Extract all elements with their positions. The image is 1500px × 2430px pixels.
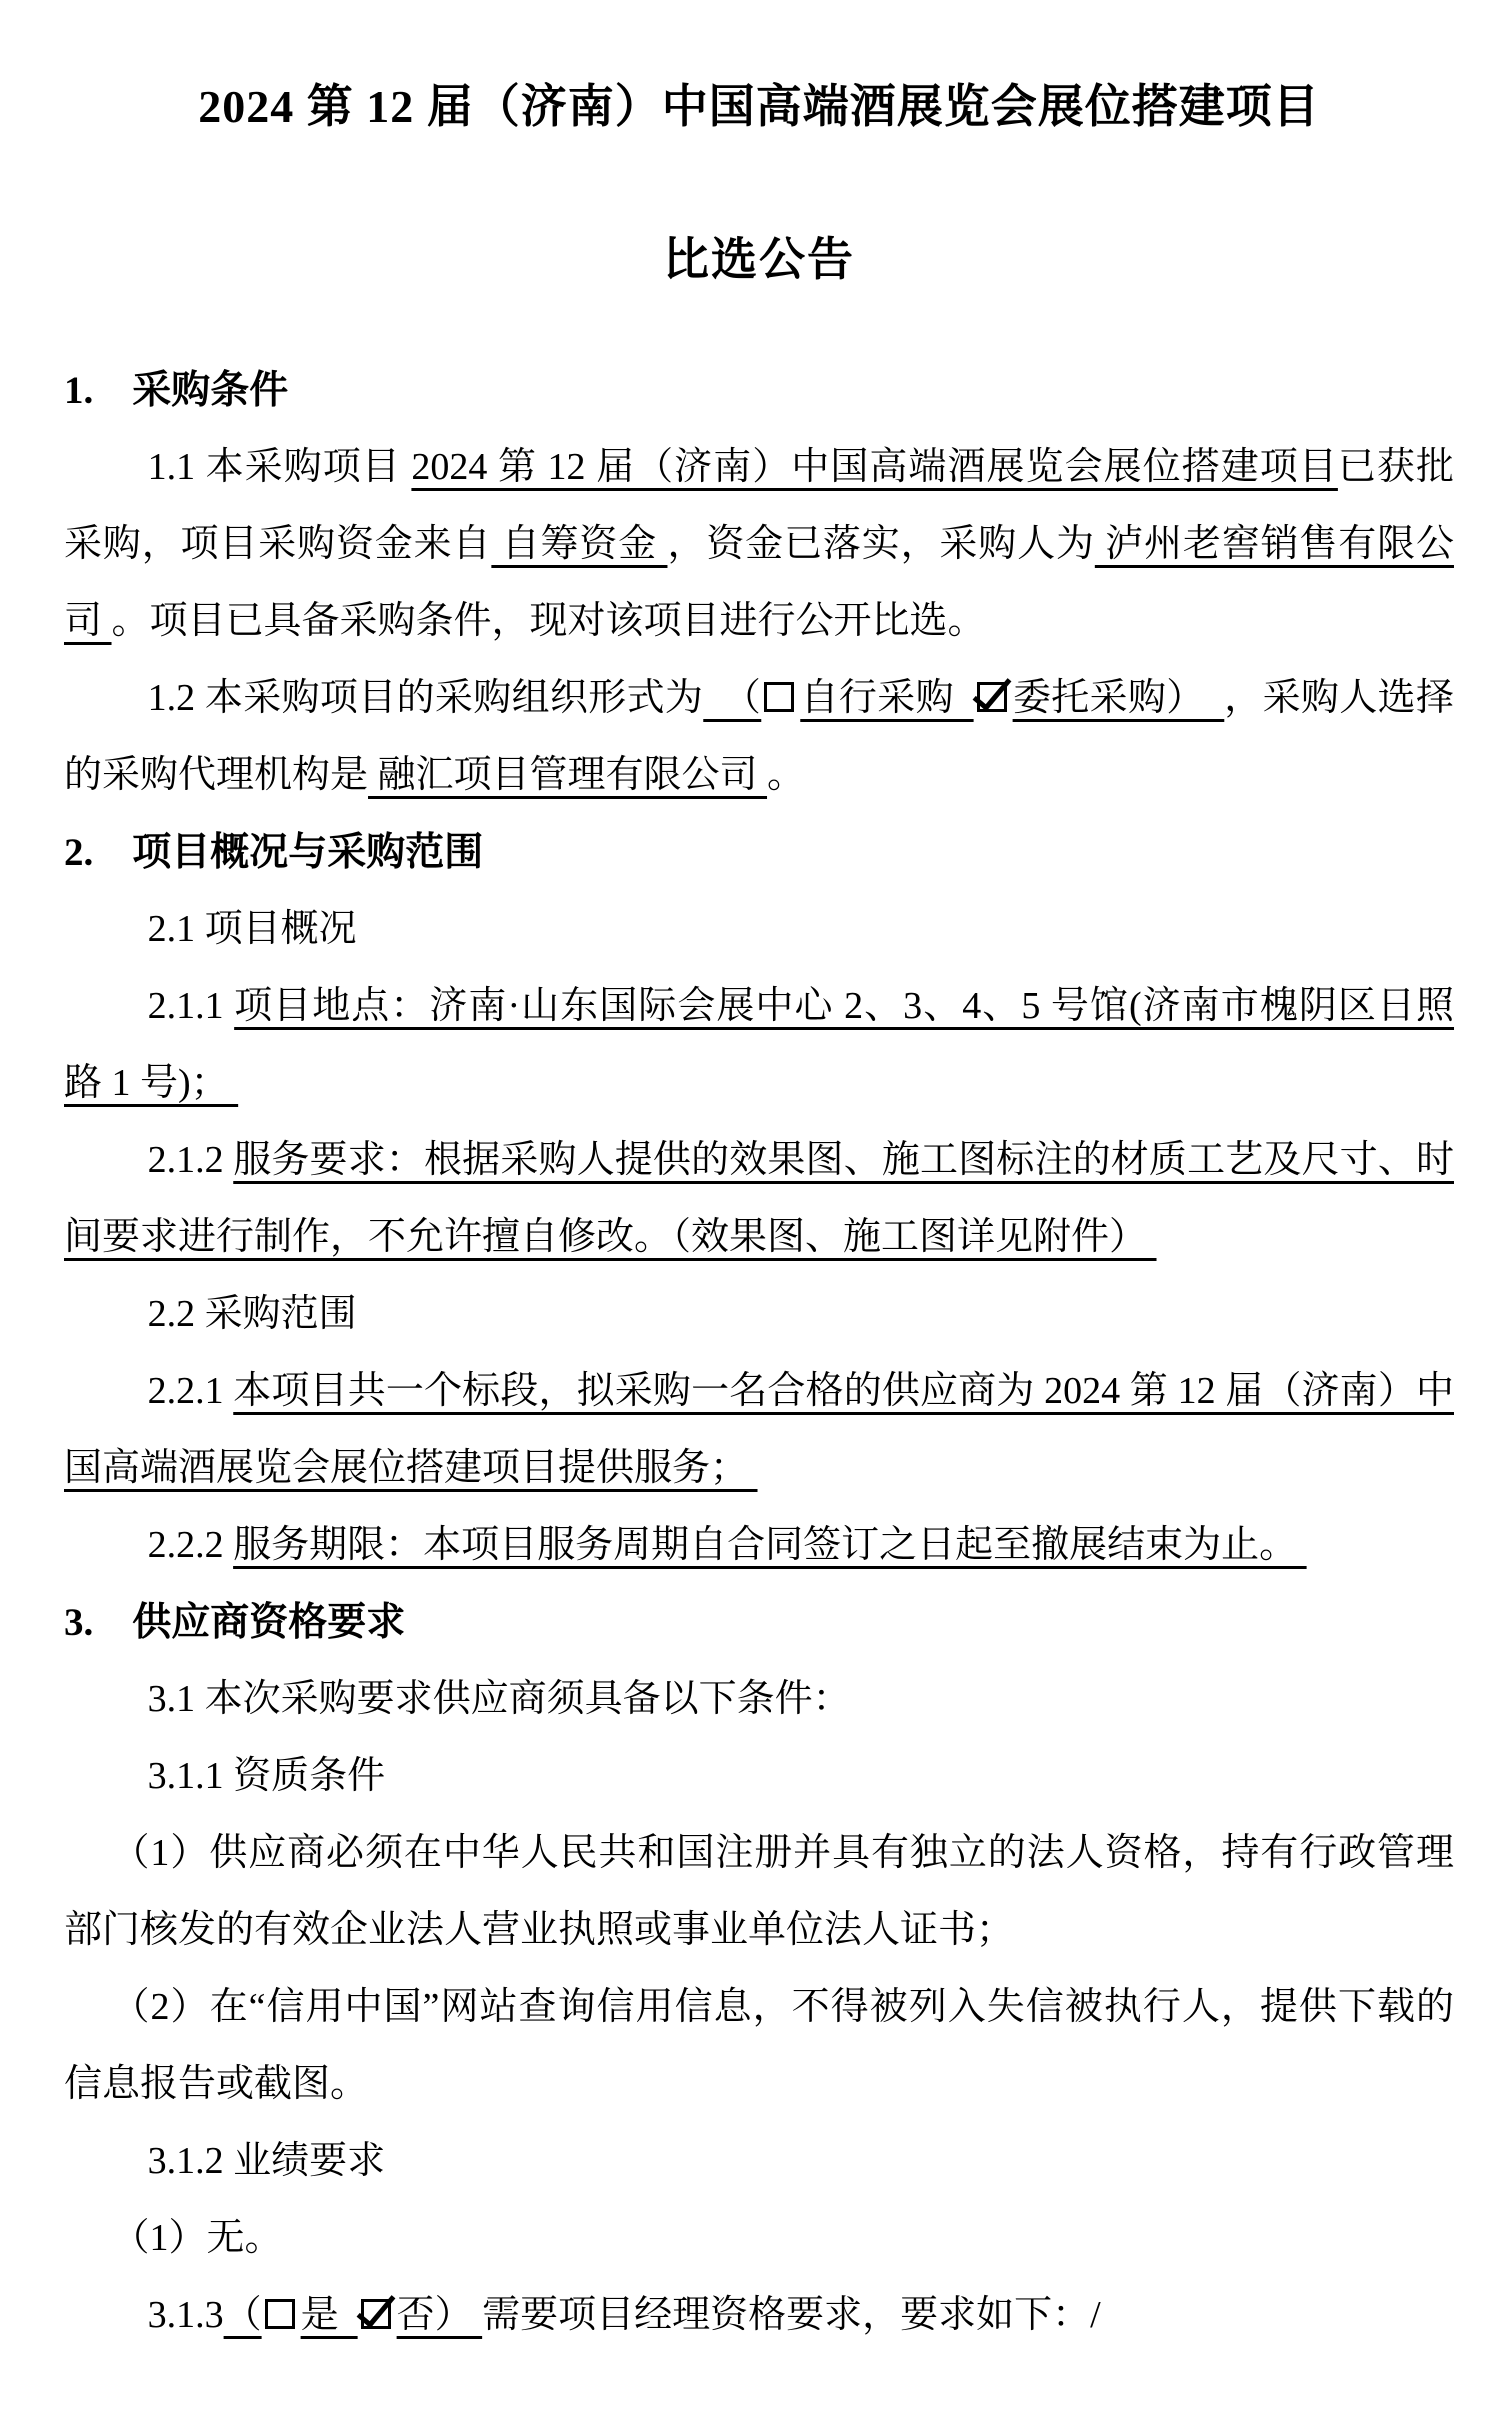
fill-in-underlined-text: 本项目共一个标段，拟采购一名合格的供应商为 2024 第 12 届（济南）中国高… [64,1370,1454,1489]
paragraph: （2）在“信用中国”网站查询信用信息，不得被列入失信被执行人，提供下载的信息报告… [64,1969,1454,2123]
paragraph: 1.1 本采购项目 2024 第 12 届（济南）中国高端酒展览会展位搭建项目已… [64,429,1454,660]
text-run: 1.1 本采购项目 [148,446,412,488]
paragraph: 3.1.3（是 否） 需要项目经理资格要求，要求如下：/ [64,2277,1454,2354]
paragraph: 2.1.1 项目地点：济南·山东国际会展中心 2、3、4、5 号馆(济南市槐阴区… [64,968,1454,1122]
text-run: 2.2 采购范围 [148,1293,357,1335]
text-run: 3.1 本次采购要求供应商须具备以下条件： [148,1678,851,1720]
fill-in-underlined-text: 自筹资金 [491,523,667,565]
paragraph: 2.2.2 服务期限：本项目服务周期自合同签订之日起至撤展结束为止。 [64,1507,1454,1584]
fill-in-underlined-text: 项目地点：济南·山东国际会展中心 2、3、4、5 号馆(济南市槐阴区日照路 1 … [64,985,1454,1104]
text-run: （2）在“信用中国”网站查询信用信息，不得被列入失信被执行人，提供下载的信息报告… [64,1986,1454,2105]
paragraph: 1.2 本采购项目的采购组织形式为 （自行采购 委托采购） ，采购人选择的采购代… [64,660,1454,814]
fill-in-underlined-text: 服务要求：根据采购人提供的效果图、施工图标注的材质工艺及尺寸、时间要求进行制作，… [64,1139,1454,1258]
text-run: 3.1.3 [148,2294,224,2336]
section-heading: 1. 采购条件 [64,352,1454,429]
text-run: 。项目已具备采购条件，现对该项目进行公开比选。 [112,600,986,642]
paragraph: （1）无。 [64,2200,1454,2277]
fill-in-underlined-text: 2024 第 12 届（济南）中国高端酒展览会展位搭建项目 [411,446,1337,488]
text-run: 2.2.2 [148,1524,234,1566]
page-subtitle: 比选公告 [64,233,1454,286]
fill-in-underlined-text: 服务期限：本项目服务周期自合同签订之日起至撤展结束为止。 [233,1524,1307,1566]
paragraph: （1）供应商必须在中华人民共和国注册并具有独立的法人资格，持有行政管理部门核发的… [64,1815,1454,1969]
section-heading: 2. 项目概况与采购范围 [64,814,1454,891]
fill-in-underlined-text: 自行采购 [800,677,973,719]
checkbox-checked-icon [361,2299,391,2329]
document-page: 2024 第 12 届（济南）中国高端酒展览会展位搭建项目 比选公告 1. 采购… [0,0,1500,2430]
fill-in-underlined-text [358,2294,397,2336]
checkbox-checked-icon [977,682,1007,712]
paragraph: 2.2 采购范围 [64,1276,1454,1353]
checkbox-unchecked-icon [764,682,794,712]
fill-in-underlined-text: （ [703,677,761,719]
section-heading: 3. 供应商资格要求 [64,1584,1454,1661]
text-run: （1）供应商必须在中华人民共和国注册并具有独立的法人资格，持有行政管理部门核发的… [64,1832,1454,1951]
paragraph: 3.1.1 资质条件 [64,1738,1454,1815]
fill-in-underlined-text: 融汇项目管理有限公司 [368,754,767,796]
text-run: ，资金已落实，采购人为 [667,523,1094,565]
checkbox-unchecked-icon [265,2299,295,2329]
text-run: 2.1.2 [148,1139,234,1181]
fill-in-underlined-text [761,677,800,719]
text-run: 。 [767,754,805,796]
paragraph: 2.1.2 服务要求：根据采购人提供的效果图、施工图标注的材质工艺及尺寸、时间要… [64,1122,1454,1276]
text-run: 2.1.1 [148,985,235,1027]
paragraph: 3.1.2 业绩要求 [64,2123,1454,2200]
text-run: 1.2 本采购项目的采购组织形式为 [148,677,704,719]
text-run: 2.1 项目概况 [148,908,357,950]
text-run: 2.2.1 [148,1370,234,1412]
text-run: 3.1.2 业绩要求 [148,2140,386,2182]
paragraph: 2.1 项目概况 [64,891,1454,968]
text-run: 需要项目经理资格要求，要求如下：/ [482,2294,1101,2336]
text-run: 3.1.1 资质条件 [148,1755,386,1797]
fill-in-underlined-text: 是 [301,2294,358,2336]
fill-in-underlined-text: 委托采购） [1013,677,1225,719]
text-run: （1）无。 [112,2217,283,2259]
document-body: 1. 采购条件1.1 本采购项目 2024 第 12 届（济南）中国高端酒展览会… [64,352,1454,2354]
paragraph: 3.1 本次采购要求供应商须具备以下条件： [64,1661,1454,1738]
fill-in-underlined-text [262,2294,301,2336]
fill-in-underlined-text: 否） [397,2294,483,2336]
fill-in-underlined-text [974,677,1013,719]
page-title: 2024 第 12 届（济南）中国高端酒展览会展位搭建项目 [64,80,1454,133]
paragraph: 2.2.1 本项目共一个标段，拟采购一名合格的供应商为 2024 第 12 届（… [64,1353,1454,1507]
fill-in-underlined-text: （ [224,2294,262,2336]
